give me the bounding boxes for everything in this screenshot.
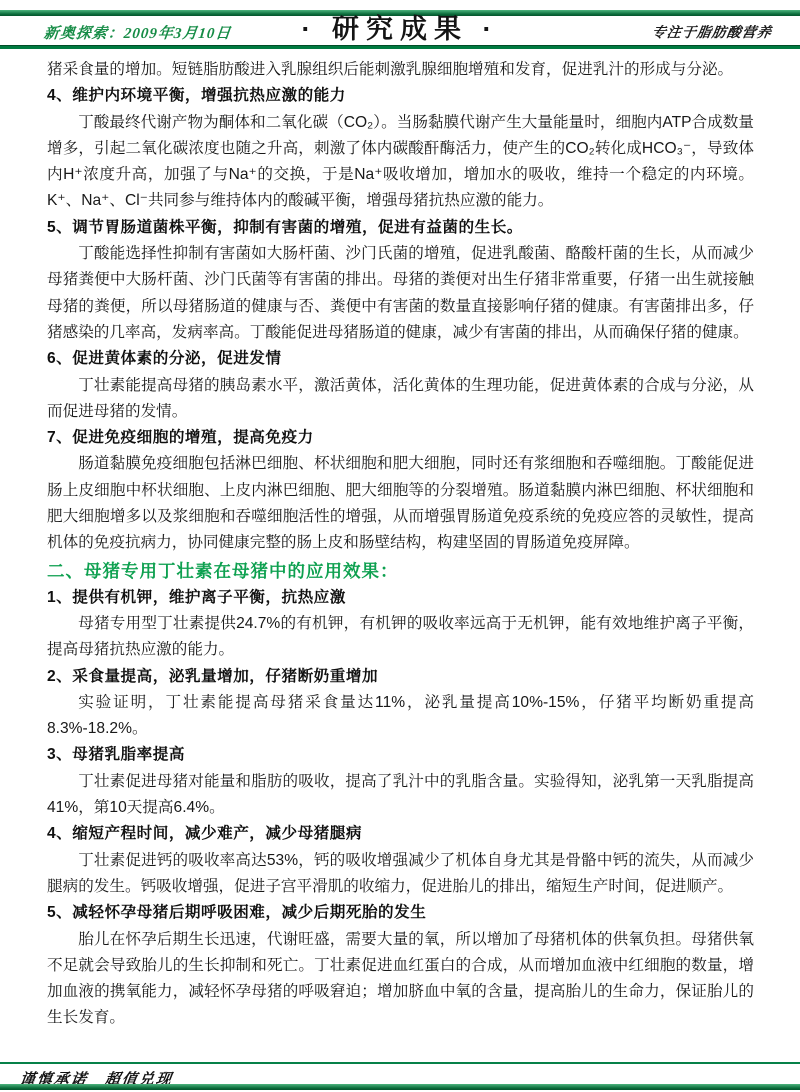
- paragraph: 丁壮素促进母猪对能量和脂肪的吸收，提高了乳汁中的乳脂含量。实验得知，泌乳第一天乳…: [47, 769, 754, 822]
- footer-rule: [0, 1062, 800, 1064]
- numbered-heading: 4、缩短产程时间，减少难产，减少母猪腿病: [47, 821, 754, 847]
- numbered-heading: 4、维护内环境平衡，增强抗热应激的能力: [47, 83, 754, 109]
- numbered-heading: 7、促进免疫细胞的增殖，提高免疫力: [47, 425, 754, 451]
- document-body: 猪采食量的增加。短链脂肪酸进入乳腺组织后能刺激乳腺细胞增殖和发育，促进乳汁的形成…: [47, 57, 754, 1032]
- numbered-heading: 1、提供有机钾，维护离子平衡，抗热应激: [47, 585, 754, 611]
- paragraph: 母猪专用型丁壮素提供24.7%的有机钾，有机钾的吸收率远高于无机钾，能有效地维护…: [47, 611, 754, 664]
- numbered-heading: 2、采食量提高，泌乳量增加，仔猪断奶重增加: [47, 664, 754, 690]
- header-right-script: 专注于脂肪酸营养: [651, 22, 774, 42]
- page-header: 新奥探索：2009年3月10日 · 研究成果 · 专注于脂肪酸营养: [0, 14, 800, 46]
- paragraph: 肠道黏膜免疫细胞包括淋巴细胞、杯状细胞和肥大细胞，同时还有浆细胞和吞噬细胞。丁酸…: [47, 451, 754, 556]
- paragraph: 丁壮素能提高母猪的胰岛素水平，激活黄体，活化黄体的生理功能，促进黄体素的合成与分…: [47, 373, 754, 426]
- paragraph: 丁酸能选择性抑制有害菌如大肠杆菌、沙门氏菌的增殖，促进乳酸菌、酪酸杆菌的生长，从…: [47, 241, 754, 346]
- paragraph: 丁酸最终代谢产物为酮体和二氧化碳（CO₂）。当肠黏膜代谢产生大量能量时，细胞内A…: [47, 110, 754, 215]
- numbered-heading: 5、调节胃肠道菌株平衡，抑制有害菌的增殖，促进有益菌的生长。: [47, 215, 754, 241]
- paragraph: 猪采食量的增加。短链脂肪酸进入乳腺组织后能刺激乳腺细胞增殖和发育，促进乳汁的形成…: [47, 57, 754, 83]
- numbered-heading: 5、减轻怀孕母猪后期呼吸困难，减少后期死胎的发生: [47, 900, 754, 926]
- numbered-heading: 3、母猪乳脂率提高: [47, 742, 754, 768]
- numbered-heading: 6、促进黄体素的分泌，促进发情: [47, 346, 754, 372]
- document-page: 新奥探索：2009年3月10日 · 研究成果 · 专注于脂肪酸营养 猪采食量的增…: [0, 0, 800, 1092]
- section-heading-green: 二、母猪专用丁壮素在母猪中的应用效果：: [47, 557, 754, 585]
- paragraph: 丁壮素促进钙的吸收率高达53%，钙的吸收增强减少了机体自身尤其是骨骼中钙的流失，…: [47, 848, 754, 901]
- paragraph: 胎儿在怀孕后期生长迅速，代谢旺盛，需要大量的氧，所以增加了母猪机体的供氧负担。母…: [47, 927, 754, 1032]
- header-rule: [0, 45, 800, 49]
- bottom-green-bar: [0, 1084, 800, 1090]
- paragraph: 实验证明，丁壮素能提高母猪采食量达11%，泌乳量提高10%-15%，仔猪平均断奶…: [47, 690, 754, 743]
